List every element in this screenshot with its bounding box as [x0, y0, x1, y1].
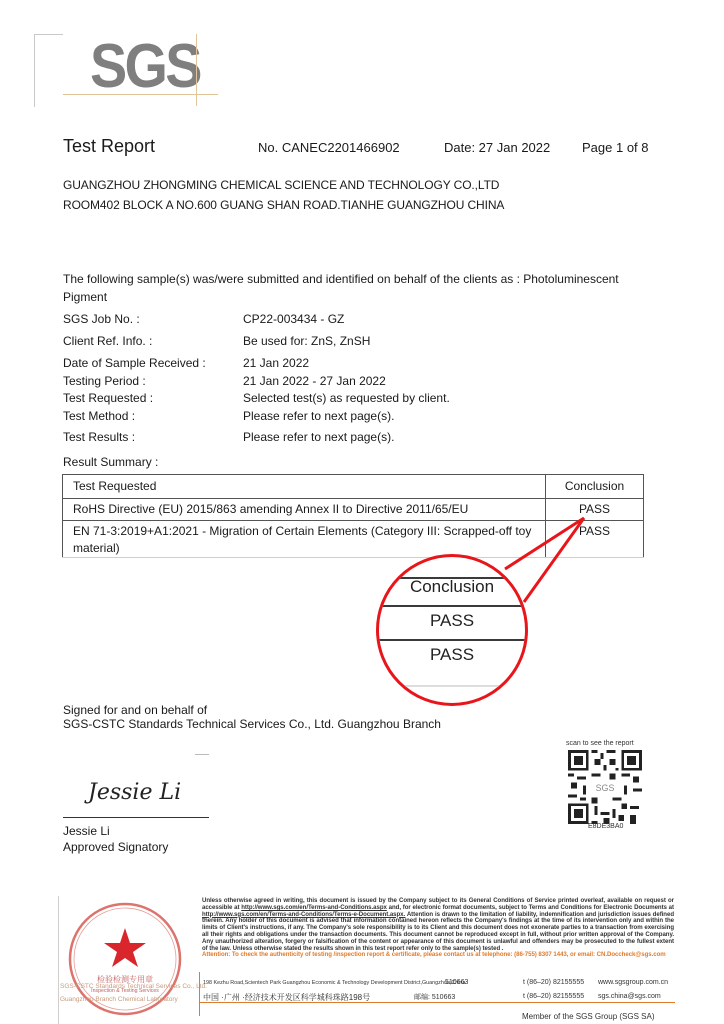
footer-accent-horizontal — [199, 1002, 675, 1003]
magnifier-rule — [379, 685, 525, 687]
phone-2: t (86–20) 82155555 — [523, 993, 584, 1000]
test-name-cell: EN 71-3:2019+A1:2021 - Migration of Cert… — [63, 521, 546, 558]
qr-verification-code: E8DE3BA0 — [588, 823, 623, 830]
postcode-english: 510663 — [445, 979, 468, 986]
stamp-lab-line: Guangzhou Branch Chemical Laboratory — [60, 996, 178, 1003]
info-value-test-method: Please refer to next page(s). — [243, 409, 394, 423]
signed-on-behalf: Signed for and on behalf of SGS-CSTC Sta… — [63, 703, 441, 731]
handwritten-signature: Jessie Li — [88, 780, 181, 805]
info-label-testing-period: Testing Period : — [63, 374, 146, 388]
logo-underline — [63, 94, 218, 95]
report-date: Date: 27 Jan 2022 — [444, 140, 550, 155]
qr-code-icon[interactable]: SGS — [568, 750, 642, 824]
result-summary-label: Result Summary : — [63, 455, 158, 469]
signatory-name: Jessie Li — [63, 824, 110, 838]
info-label-job-no: SGS Job No. : — [63, 312, 140, 326]
disclaimer-text: Attention is drawn to the limitation of … — [202, 911, 674, 952]
address-english: 198 Kezhu Road,Scientech Park Guangzhou … — [203, 980, 465, 986]
svg-text:SGS: SGS — [596, 783, 615, 793]
stamp-company-line: SGS-CSTC Standards Technical Services Co… — [60, 983, 207, 990]
info-value-test-results: Please refer to next page(s). — [243, 430, 394, 444]
qr-caption: scan to see the report — [566, 740, 634, 747]
column-header-test: Test Requested — [63, 475, 546, 499]
table-row: EN 71-3:2019+A1:2021 - Migration of Cert… — [63, 521, 644, 558]
test-name-cell: RoHS Directive (EU) 2015/863 amending An… — [63, 499, 546, 521]
signed-line-2: SGS-CSTC Standards Technical Services Co… — [63, 717, 441, 731]
page-indicator: Page 1 of 8 — [582, 140, 649, 155]
logo-vertical-line — [196, 34, 197, 106]
sgs-group-membership: Member of the SGS Group (SGS SA) — [522, 1012, 655, 1021]
conclusion-cell: PASS — [546, 521, 644, 558]
magnifier-callout: Conclusion PASS PASS — [376, 554, 528, 706]
logo-bracket — [34, 34, 63, 107]
info-label-date-received: Date of Sample Received : — [63, 356, 206, 370]
info-value-test-requested: Selected test(s) as requested by client. — [243, 391, 450, 405]
postcode-chinese: 邮编: 510663 — [414, 992, 455, 1002]
magnifier-rule — [379, 639, 525, 641]
info-value-client-ref: Be used for: ZnS, ZnSH — [243, 334, 370, 348]
magnifier-header: Conclusion — [379, 577, 525, 597]
signature-line — [63, 817, 209, 818]
info-label-test-results: Test Results : — [63, 430, 135, 444]
magnifier-value-1: PASS — [379, 611, 525, 631]
footer-left-rule — [58, 896, 59, 1024]
phone-1: t (86–20) 82155555 — [523, 979, 584, 986]
signatory-role: Approved Signatory — [63, 840, 168, 854]
info-label-test-requested: Test Requested : — [63, 391, 153, 405]
sgs-logo: SGS — [90, 36, 200, 98]
table-row: RoHS Directive (EU) 2015/863 amending An… — [63, 499, 644, 521]
website-link[interactable]: www.sgsgroup.com.cn — [598, 979, 668, 986]
table-header-row: Test Requested Conclusion — [63, 475, 644, 499]
authenticity-notice: Attention: To check the authenticity of … — [202, 952, 674, 959]
intro-text: The following sample(s) was/were submitt… — [63, 270, 663, 306]
report-title: Test Report — [63, 136, 155, 157]
signed-line-1: Signed for and on behalf of — [63, 703, 441, 717]
email-link[interactable]: sgs.china@sgs.com — [598, 993, 661, 1000]
client-address: ROOM402 BLOCK A NO.600 GUANG SHAN ROAD.T… — [63, 198, 504, 212]
info-label-test-method: Test Method : — [63, 409, 135, 423]
info-label-client-ref: Client Ref. Info. : — [63, 334, 152, 348]
info-value-date-received: 21 Jan 2022 — [243, 356, 309, 370]
column-header-conclusion: Conclusion — [546, 475, 644, 499]
footer-accent-vertical — [199, 972, 200, 1016]
magnifier-value-2: PASS — [379, 645, 525, 665]
report-number: No. CANEC2201466902 — [258, 140, 400, 155]
divider — [195, 754, 209, 755]
client-name: GUANGZHOU ZHONGMING CHEMICAL SCIENCE AND… — [63, 178, 499, 192]
conclusion-cell: PASS — [546, 499, 644, 521]
info-value-testing-period: 21 Jan 2022 - 27 Jan 2022 — [243, 374, 386, 388]
legal-disclaimer: Unless otherwise agreed in writing, this… — [202, 898, 674, 959]
result-summary-table: Test Requested Conclusion RoHS Directive… — [62, 474, 644, 558]
magnifier-rule — [379, 605, 525, 607]
info-value-job-no: CP22-003434 - GZ — [243, 312, 344, 326]
